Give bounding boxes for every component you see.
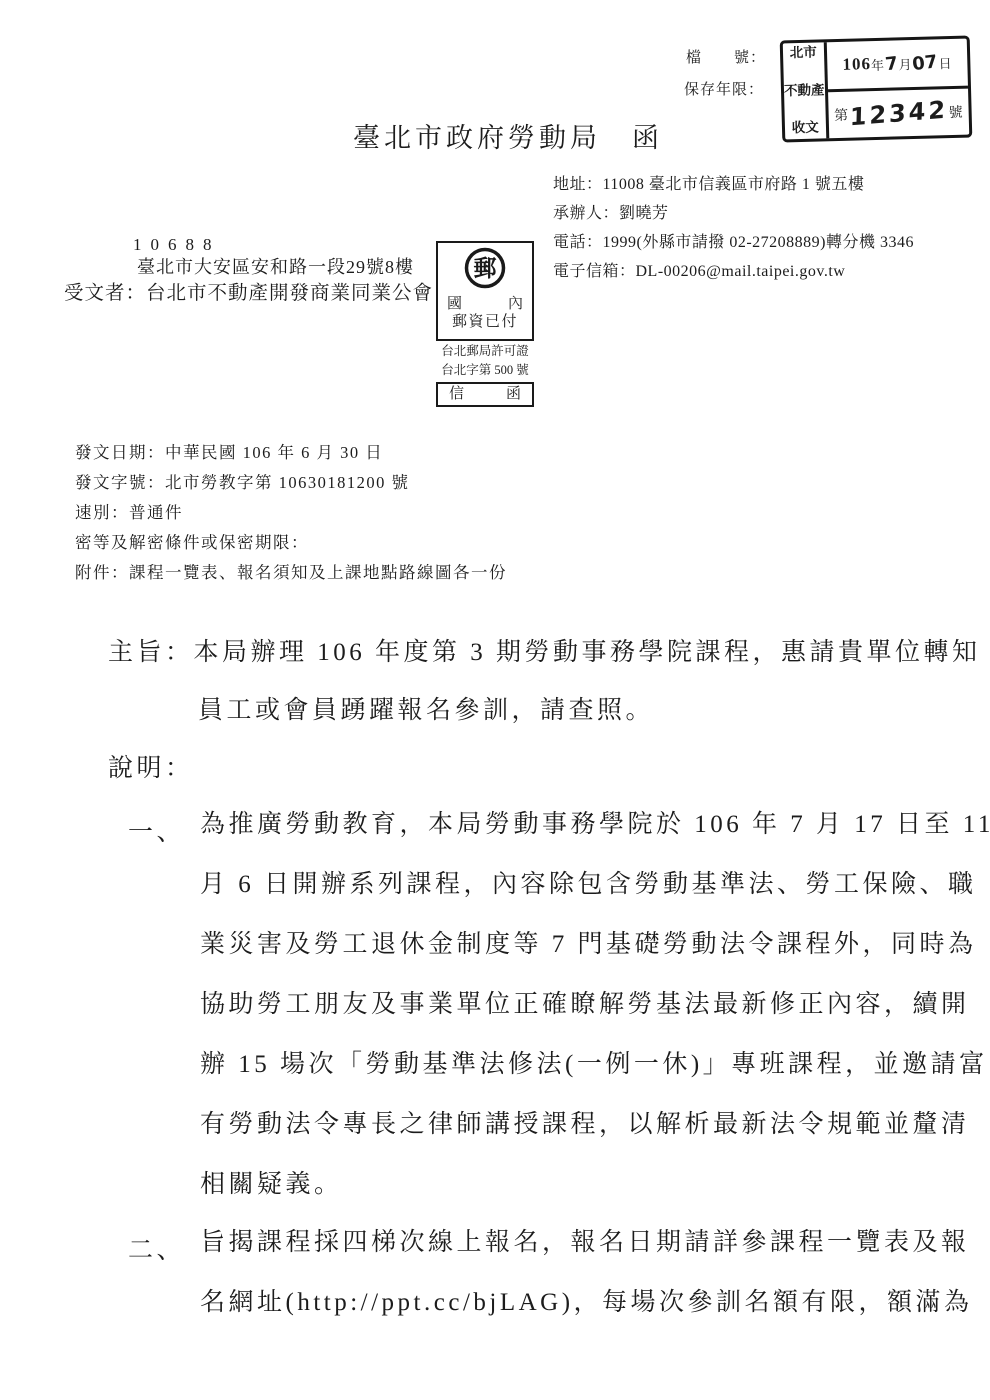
- subject-line-2: 員工或會員踴躍報名參訓，請查照。: [198, 690, 654, 726]
- sender-info-block: 地址：11008 臺北市信義區市府路 1 號五樓 承辦人：劉曉芳 電話：1999…: [553, 170, 914, 286]
- sender-contact-person: 承辦人：劉曉芳: [553, 199, 914, 228]
- sender-email: 電子信箱：DL-00206@mail.taipei.gov.tw: [553, 257, 914, 286]
- list-item-line: 辦 15 場次「勞動基準法修法(一例一休)」專班課程，並邀請富: [200, 1052, 990, 1112]
- postage-domestic-right: 內: [508, 295, 523, 313]
- postage-paid-mark: 郵 國 內 郵資已付 台北郵局許可證 台北字第 500 號 信 函: [436, 241, 534, 407]
- list-item-marker-2: 二、: [128, 1230, 185, 1266]
- stamp-no-prefix: 第: [834, 104, 849, 124]
- postage-paid-text: 郵資已付: [438, 313, 532, 332]
- stamp-year: 106: [842, 54, 871, 75]
- list-item-marker-1: 一、: [128, 812, 185, 848]
- mail-type-box: 信 函: [436, 382, 534, 407]
- list-item-line: 月 6 日開辦系列課程，內容除包含勞動基準法、勞工保險、職: [200, 872, 990, 932]
- recipient-name: 受文者：台北市不動產開發商業同業公會: [64, 277, 433, 305]
- retention-period-label: 保存年限：: [684, 78, 764, 99]
- post-permit-line2: 台北字第 500 號: [436, 362, 534, 379]
- mail-type-right: 函: [506, 384, 521, 405]
- postage-domestic-row: 國 內: [438, 295, 532, 313]
- list-item-line: 為推廣勞動教育，本局勞動事務學院於 106 年 7 月 17 日至 11: [200, 812, 990, 872]
- speed-class: 速別：普通件: [75, 498, 507, 528]
- stamp-day-unit: 日: [938, 53, 952, 72]
- issue-date: 發文日期：中華民國 106 年 6 月 30 日: [75, 438, 507, 468]
- list-item-line: 協助勞工朋友及事業單位正確瞭解勞基法最新修正內容，續開: [200, 992, 990, 1052]
- stamp-org-line: 收文: [785, 120, 826, 136]
- stamp-no-value: 12342: [849, 95, 948, 131]
- subject-label: 主旨：: [108, 639, 194, 666]
- sender-phone: 電話：1999(外縣市請撥 02-27208889)轉分機 3346: [553, 228, 914, 257]
- received-stamp: 北市 不動產 收文 106 年 7 月 07 日 第 12342 號: [780, 36, 973, 143]
- recipient-address: 臺北市大安區安和路一段29號8樓: [137, 253, 414, 279]
- stamp-org-name: 北市 不動產 收文: [783, 42, 829, 139]
- explanation-label: 說明：: [108, 748, 194, 784]
- attachment-note: 附件：課程一覽表、報名須知及上課地點路線圖各一份: [75, 558, 507, 588]
- stamp-day: 07: [911, 51, 938, 75]
- stamp-no-suffix: 號: [948, 101, 963, 121]
- stamp-year-unit: 年: [871, 55, 885, 74]
- stamp-month-unit: 月: [898, 54, 912, 73]
- list-item-line: 名網址(http://ppt.cc/bjLAG)，每場次參訓名額有限，額滿為: [200, 1290, 973, 1350]
- sender-address: 地址：11008 臺北市信義區市府路 1 號五樓: [553, 170, 914, 199]
- postage-box: 郵 國 內 郵資已付: [436, 241, 534, 341]
- postal-logo-icon: 郵: [463, 246, 507, 290]
- document-meta-block: 發文日期：中華民國 106 年 6 月 30 日 發文字號：北市勞教字第 106…: [75, 438, 507, 588]
- list-item-line: 有勞動法令專長之律師講授課程，以解析最新法令規範並釐清: [200, 1112, 990, 1172]
- recipient-postal-code: 10688: [133, 235, 221, 255]
- document-title: 臺北市政府勞動局 函: [353, 116, 663, 155]
- postage-domestic-left: 國: [447, 295, 462, 313]
- file-number-label: 檔 號：: [686, 46, 766, 67]
- mail-type-left: 信: [449, 384, 464, 405]
- post-permit-line1: 台北郵局許可證: [436, 343, 534, 360]
- stamp-serial-number: 第 12342 號: [828, 88, 970, 138]
- list-item-line: 相關疑義。: [200, 1172, 990, 1232]
- stamp-month: 7: [884, 53, 899, 75]
- svg-text:郵: 郵: [474, 256, 497, 281]
- list-item-line: 旨揭課程採四梯次線上報名，報名日期請詳參課程一覽表及報: [200, 1230, 973, 1290]
- stamp-received-date: 106 年 7 月 07 日: [826, 39, 968, 92]
- subject-text: 本局辦理 106 年度第 3 期勞動事務學院課程，惠請貴單位轉知: [194, 639, 981, 666]
- subject-line-1: 主旨：本局辦理 106 年度第 3 期勞動事務學院課程，惠請貴單位轉知: [108, 632, 981, 668]
- issue-number: 發文字號：北市勞教字第 10630181200 號: [75, 468, 507, 498]
- list-item-2: 旨揭課程採四梯次線上報名，報名日期請詳參課程一覽表及報 名網址(http://p…: [200, 1230, 973, 1350]
- stamp-org-line: 不動產: [784, 83, 825, 99]
- stamp-org-line: 北市: [783, 45, 824, 61]
- security-class: 密等及解密條件或保密期限：: [75, 528, 507, 558]
- list-item-1: 為推廣勞動教育，本局勞動事務學院於 106 年 7 月 17 日至 11 月 6…: [200, 812, 990, 1232]
- list-item-line: 業災害及勞工退休金制度等 7 門基礎勞動法令課程外，同時為: [200, 932, 990, 992]
